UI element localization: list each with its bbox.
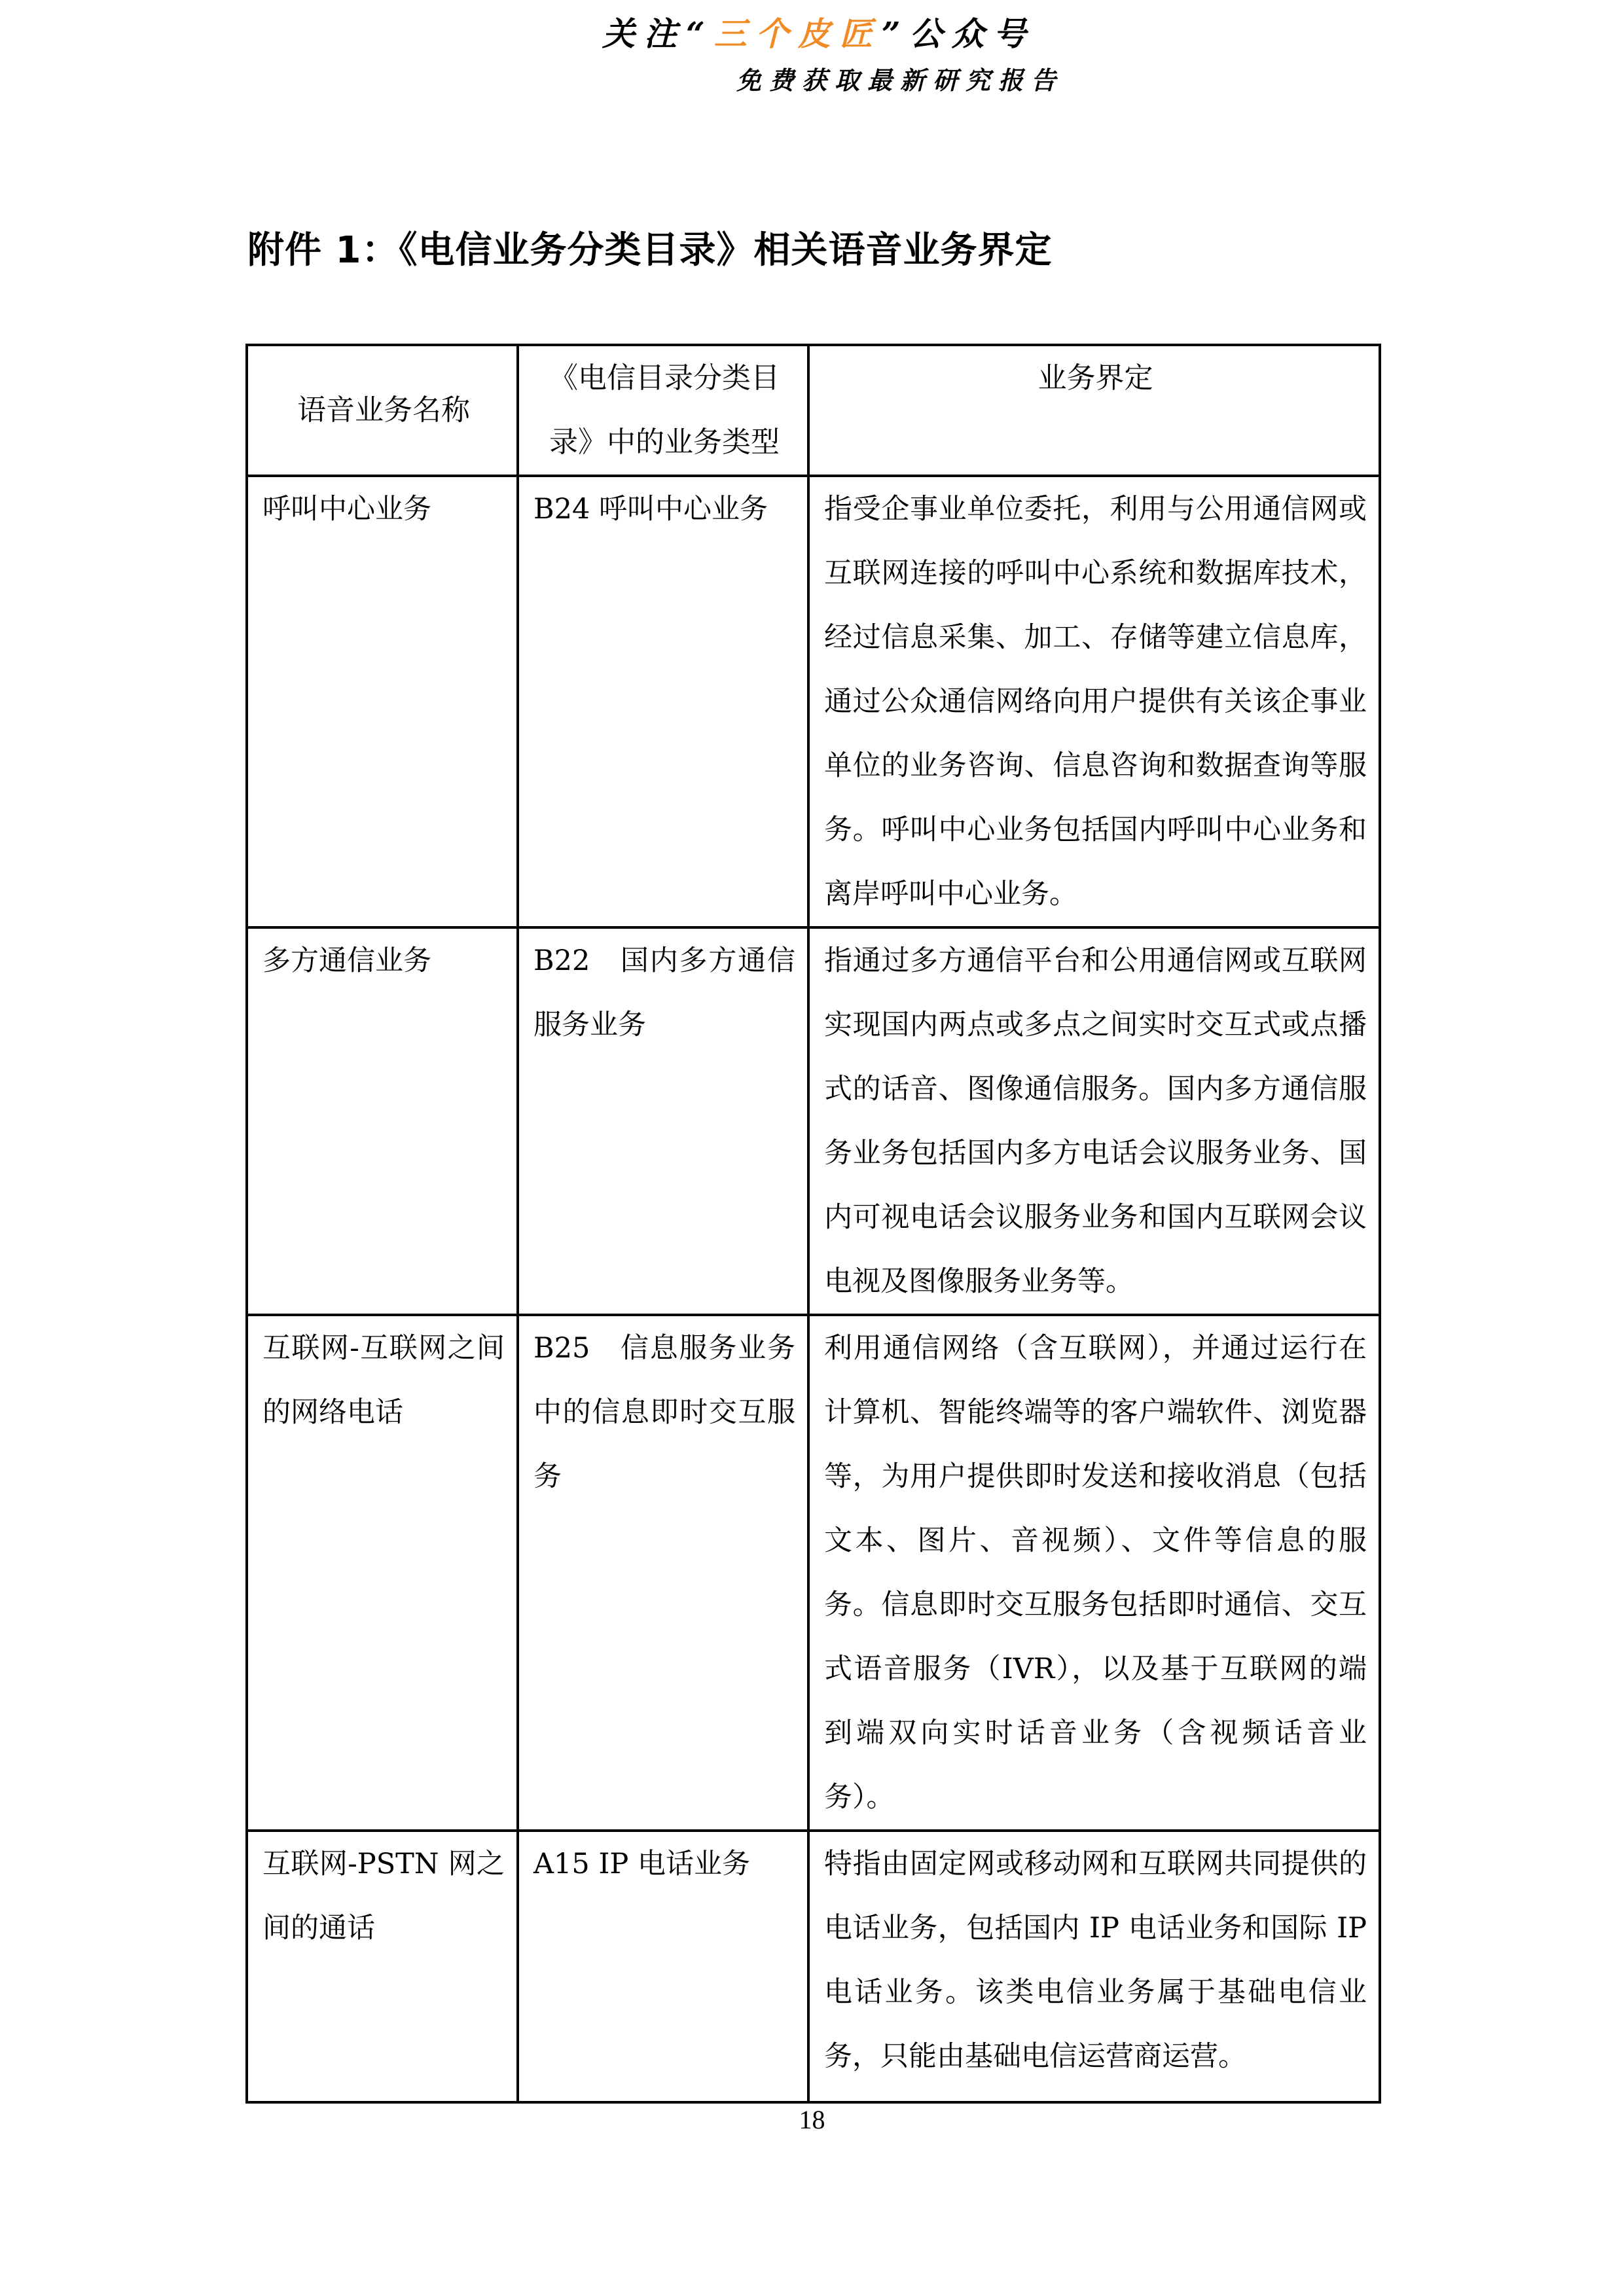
banner-accent-name: 三个皮匠 (714, 14, 882, 53)
cell-definition: 指受企事业单位委托，利用与公用通信网或互联网连接的呼叫中心系统和数据库技术，经过… (808, 476, 1380, 927)
banner-prefix: 关注“ (602, 14, 714, 53)
cell-catalog-type: B25 信息服务业务中的信息即时交互服务 (518, 1315, 808, 1831)
cell-catalog-type: B22 国内多方通信服务业务 (518, 927, 808, 1315)
table-row: 互联网-PSTN 网之间的通话 A15 IP 电话业务 特指由固定网或移动网和互… (247, 1831, 1380, 2102)
table-row: 呼叫中心业务 B24 呼叫中心业务 指受企事业单位委托，利用与公用通信网或互联网… (247, 476, 1380, 927)
column-header-catalog-type: 《电信目录分类目录》中的业务类型 (518, 345, 808, 476)
cell-catalog-type: A15 IP 电话业务 (518, 1831, 808, 2102)
banner-headline: 关注“三个皮匠”公众号 (602, 8, 1036, 55)
cell-definition: 利用通信网络（含互联网），并通过运行在计算机、智能终端等的客户端软件、浏览器等，… (808, 1315, 1380, 1831)
promo-banner: 关注“三个皮匠”公众号 免费获取最新研究报告 (0, 0, 1624, 105)
cell-service-name: 互联网-互联网之间的网络电话 (247, 1315, 518, 1831)
table-row: 互联网-互联网之间的网络电话 B25 信息服务业务中的信息即时交互服务 利用通信… (247, 1315, 1380, 1831)
table-header-row: 语音业务名称 《电信目录分类目录》中的业务类型 业务界定 (247, 345, 1380, 476)
page-title: 附件 1：《电信业务分类目录》相关语音业务界定 (247, 221, 1052, 274)
column-header-service-name: 语音业务名称 (247, 345, 518, 476)
page-number: 18 (0, 2104, 1624, 2135)
voice-service-definition-table: 语音业务名称 《电信目录分类目录》中的业务类型 业务界定 呼叫中心业务 B24 … (245, 344, 1381, 2104)
cell-service-name: 互联网-PSTN 网之间的通话 (247, 1831, 518, 2102)
cell-service-name: 呼叫中心业务 (247, 476, 518, 927)
cell-definition: 特指由固定网或移动网和互联网共同提供的电话业务，包括国内 IP 电话业务和国际 … (808, 1831, 1380, 2102)
banner-subline: 免费获取最新研究报告 (736, 60, 1064, 96)
cell-definition: 指通过多方通信平台和公用通信网或互联网实现国内两点或多点之间实时交互式或点播式的… (808, 927, 1380, 1315)
cell-service-name: 多方通信业务 (247, 927, 518, 1315)
cell-catalog-type: B24 呼叫中心业务 (518, 476, 808, 927)
banner-suffix: ”公众号 (882, 14, 1036, 53)
table-row: 多方通信业务 B22 国内多方通信服务业务 指通过多方通信平台和公用通信网或互联… (247, 927, 1380, 1315)
column-header-definition: 业务界定 (808, 345, 1380, 476)
